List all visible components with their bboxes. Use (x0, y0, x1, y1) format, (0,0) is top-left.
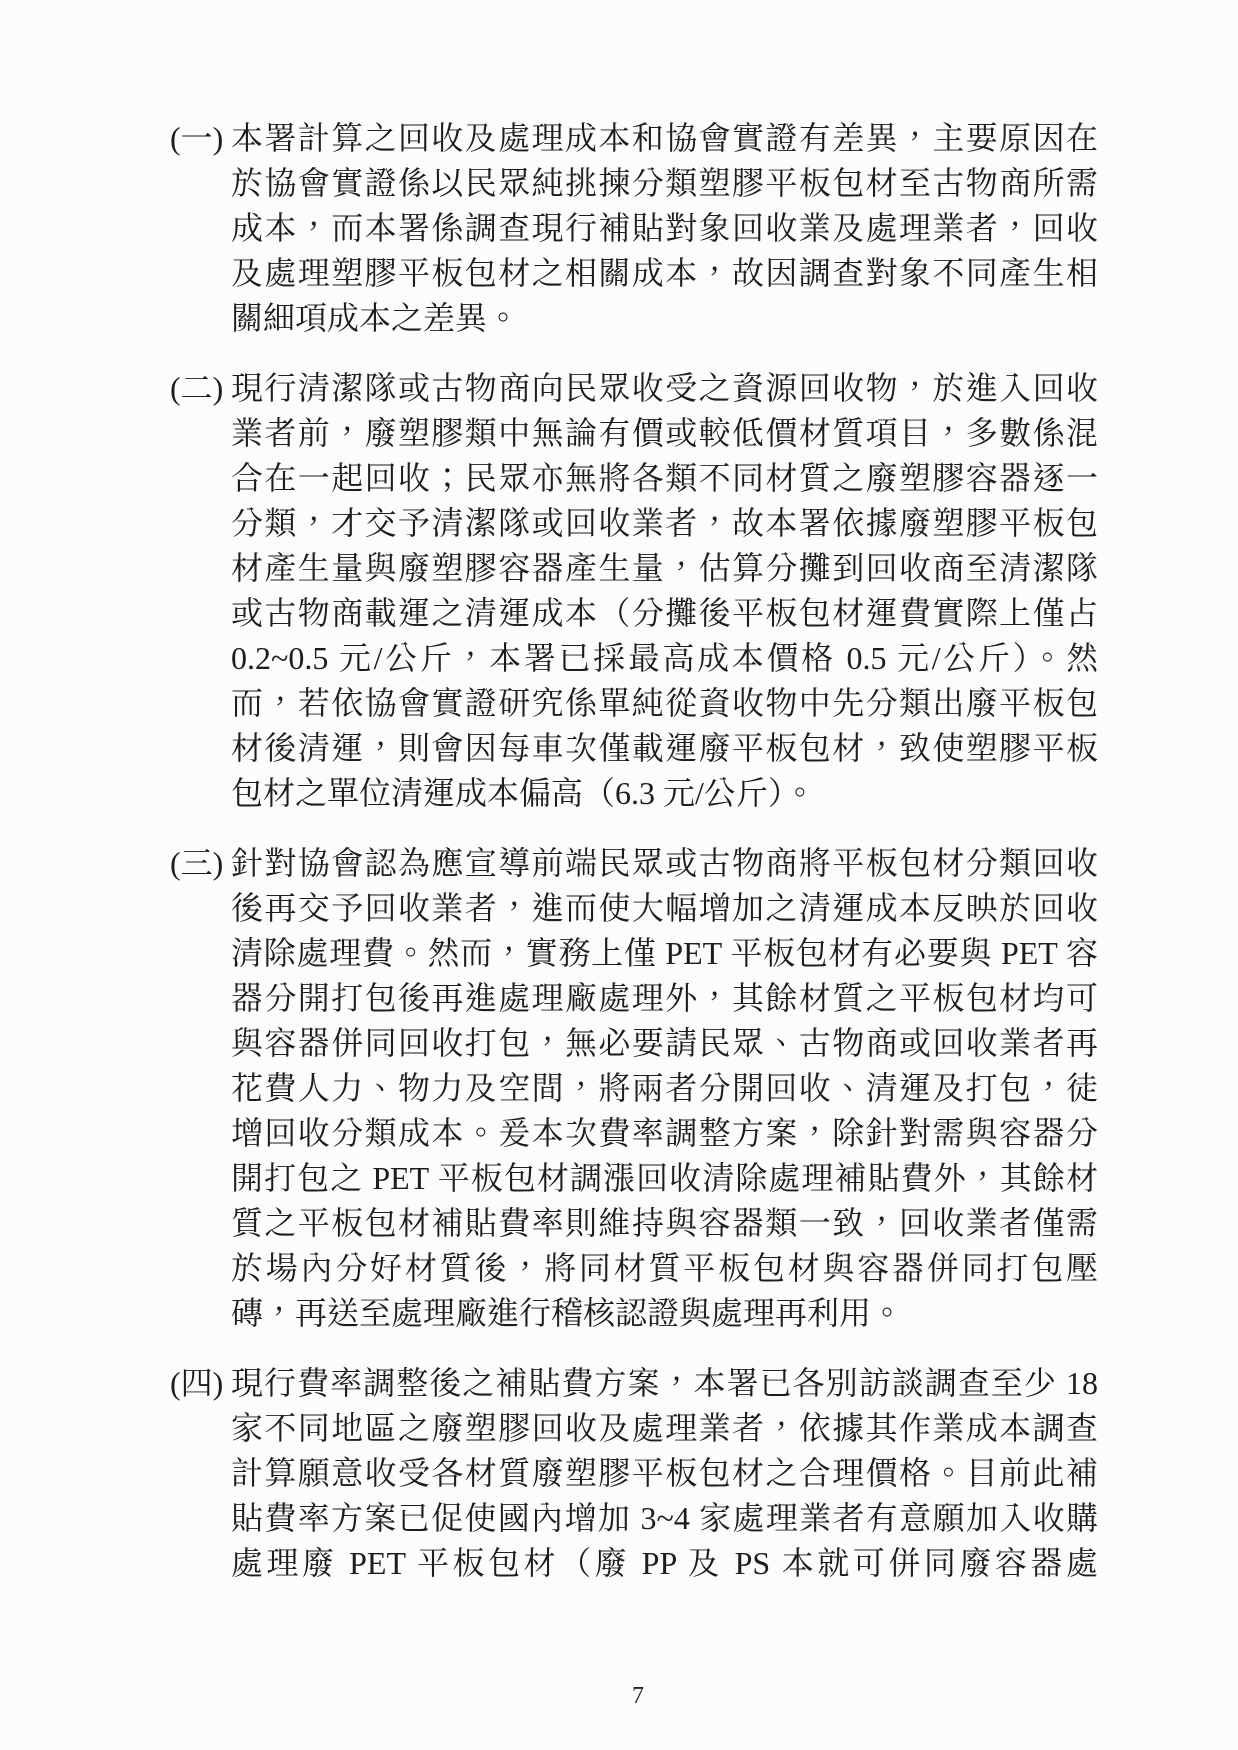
text-line: 材後清運，則會因每車次僅載運廢平板包材，致使塑膠平板 (231, 726, 1098, 771)
text-line: 分類，才交予清潔隊或回收業者，故本署依據廢塑膠平板包 (231, 501, 1098, 546)
text-line: 增回收分類成本。爰本次費率調整方案，除針對需與容器分 (231, 1111, 1098, 1156)
paragraph-label: (一) (170, 116, 223, 161)
paragraph-label: (二) (170, 366, 223, 411)
paragraph: (三)針對協會認為應宣導前端民眾或古物商將平板包材分類回收後再交予回收業者，進而… (170, 841, 1098, 1336)
document-page: (一)本署計算之回收及處理成本和協會實證有差異，主要原因在於協會實證係以民眾純挑… (0, 0, 1238, 1750)
paragraph-lines: 現行清潔隊或古物商向民眾收受之資源回收物，於進入回收業者前，廢塑膠類中無論有價或… (231, 366, 1098, 816)
document-body: (一)本署計算之回收及處理成本和協會實證有差異，主要原因在於協會實證係以民眾純挑… (170, 116, 1098, 1611)
text-line: 後再交予回收業者，進而使大幅增加之清運成本反映於回收 (231, 886, 1098, 931)
text-line: 及處理塑膠平板包材之相關成本，故因調查對象不同產生相 (231, 251, 1098, 296)
text-line: 磚，再送至處理廠進行稽核認證與處理再利用。 (231, 1291, 1098, 1336)
text-line: 器分開打包後再進處理廠處理外，其餘材質之平板包材均可 (231, 976, 1098, 1021)
paragraph: (二)現行清潔隊或古物商向民眾收受之資源回收物，於進入回收業者前，廢塑膠類中無論… (170, 366, 1098, 816)
page-number: 7 (19, 1682, 1238, 1710)
text-line: 家不同地區之廢塑膠回收及處理業者，依據其作業成本調查 (231, 1406, 1098, 1451)
text-line: 成本，而本署係調查現行補貼對象回收業及處理業者，回收 (231, 206, 1098, 251)
paragraphs: (一)本署計算之回收及處理成本和協會實證有差異，主要原因在於協會實證係以民眾純挑… (170, 116, 1098, 1586)
text-line: 處理廢 PET 平板包材（廢 PP 及 PS 本就可併同廢容器處 (231, 1541, 1098, 1586)
text-line: 開打包之 PET 平板包材調漲回收清除處理補貼費外，其餘材 (231, 1156, 1098, 1201)
text-line: 本署計算之回收及處理成本和協會實證有差異，主要原因在 (231, 116, 1098, 161)
paragraph-label: (三) (170, 841, 223, 886)
text-line: 業者前，廢塑膠類中無論有價或較低價材質項目，多數係混 (231, 411, 1098, 456)
text-line: 清除處理費。然而，實務上僅 PET 平板包材有必要與 PET 容 (231, 931, 1098, 976)
text-line: 現行費率調整後之補貼費方案，本署已各別訪談調查至少 18 (231, 1361, 1098, 1406)
text-line: 或古物商載運之清運成本（分攤後平板包材運費實際上僅占 (231, 591, 1098, 636)
text-line: 0.2~0.5 元/公斤，本署已採最高成本價格 0.5 元/公斤）。然 (231, 636, 1098, 681)
text-line: 合在一起回收；民眾亦無將各類不同材質之廢塑膠容器逐一 (231, 456, 1098, 501)
text-line: 包材之單位清運成本偏高（6.3 元/公斤）。 (231, 771, 1098, 816)
text-line: 計算願意收受各材質廢塑膠平板包材之合理價格。目前此補 (231, 1451, 1098, 1496)
text-line: 於場內分好材質後，將同材質平板包材與容器併同打包壓 (231, 1246, 1098, 1291)
text-line: 關細項成本之差異。 (231, 296, 1098, 341)
paragraph-lines: 現行費率調整後之補貼費方案，本署已各別訪談調查至少 18家不同地區之廢塑膠回收及… (231, 1361, 1098, 1586)
text-line: 貼費率方案已促使國內增加 3~4 家處理業者有意願加入收購 (231, 1496, 1098, 1541)
text-line: 質之平板包材補貼費率則維持與容器類一致，回收業者僅需 (231, 1201, 1098, 1246)
text-line: 針對協會認為應宣導前端民眾或古物商將平板包材分類回收 (231, 841, 1098, 886)
text-line: 材產生量與廢塑膠容器產生量，估算分攤到回收商至清潔隊 (231, 546, 1098, 591)
text-line: 與容器併同回收打包，無必要請民眾、古物商或回收業者再 (231, 1021, 1098, 1066)
text-line: 於協會實證係以民眾純挑揀分類塑膠平板包材至古物商所需 (231, 161, 1098, 206)
text-line: 而，若依協會實證研究係單純從資收物中先分類出廢平板包 (231, 681, 1098, 726)
text-line: 花費人力、物力及空間，將兩者分開回收、清運及打包，徒 (231, 1066, 1098, 1111)
paragraph: (一)本署計算之回收及處理成本和協會實證有差異，主要原因在於協會實證係以民眾純挑… (170, 116, 1098, 341)
paragraph-lines: 本署計算之回收及處理成本和協會實證有差異，主要原因在於協會實證係以民眾純挑揀分類… (231, 116, 1098, 341)
paragraph-lines: 針對協會認為應宣導前端民眾或古物商將平板包材分類回收後再交予回收業者，進而使大幅… (231, 841, 1098, 1336)
paragraph-label: (四) (170, 1361, 223, 1406)
paragraph: (四)現行費率調整後之補貼費方案，本署已各別訪談調查至少 18家不同地區之廢塑膠… (170, 1361, 1098, 1586)
text-line: 現行清潔隊或古物商向民眾收受之資源回收物，於進入回收 (231, 366, 1098, 411)
